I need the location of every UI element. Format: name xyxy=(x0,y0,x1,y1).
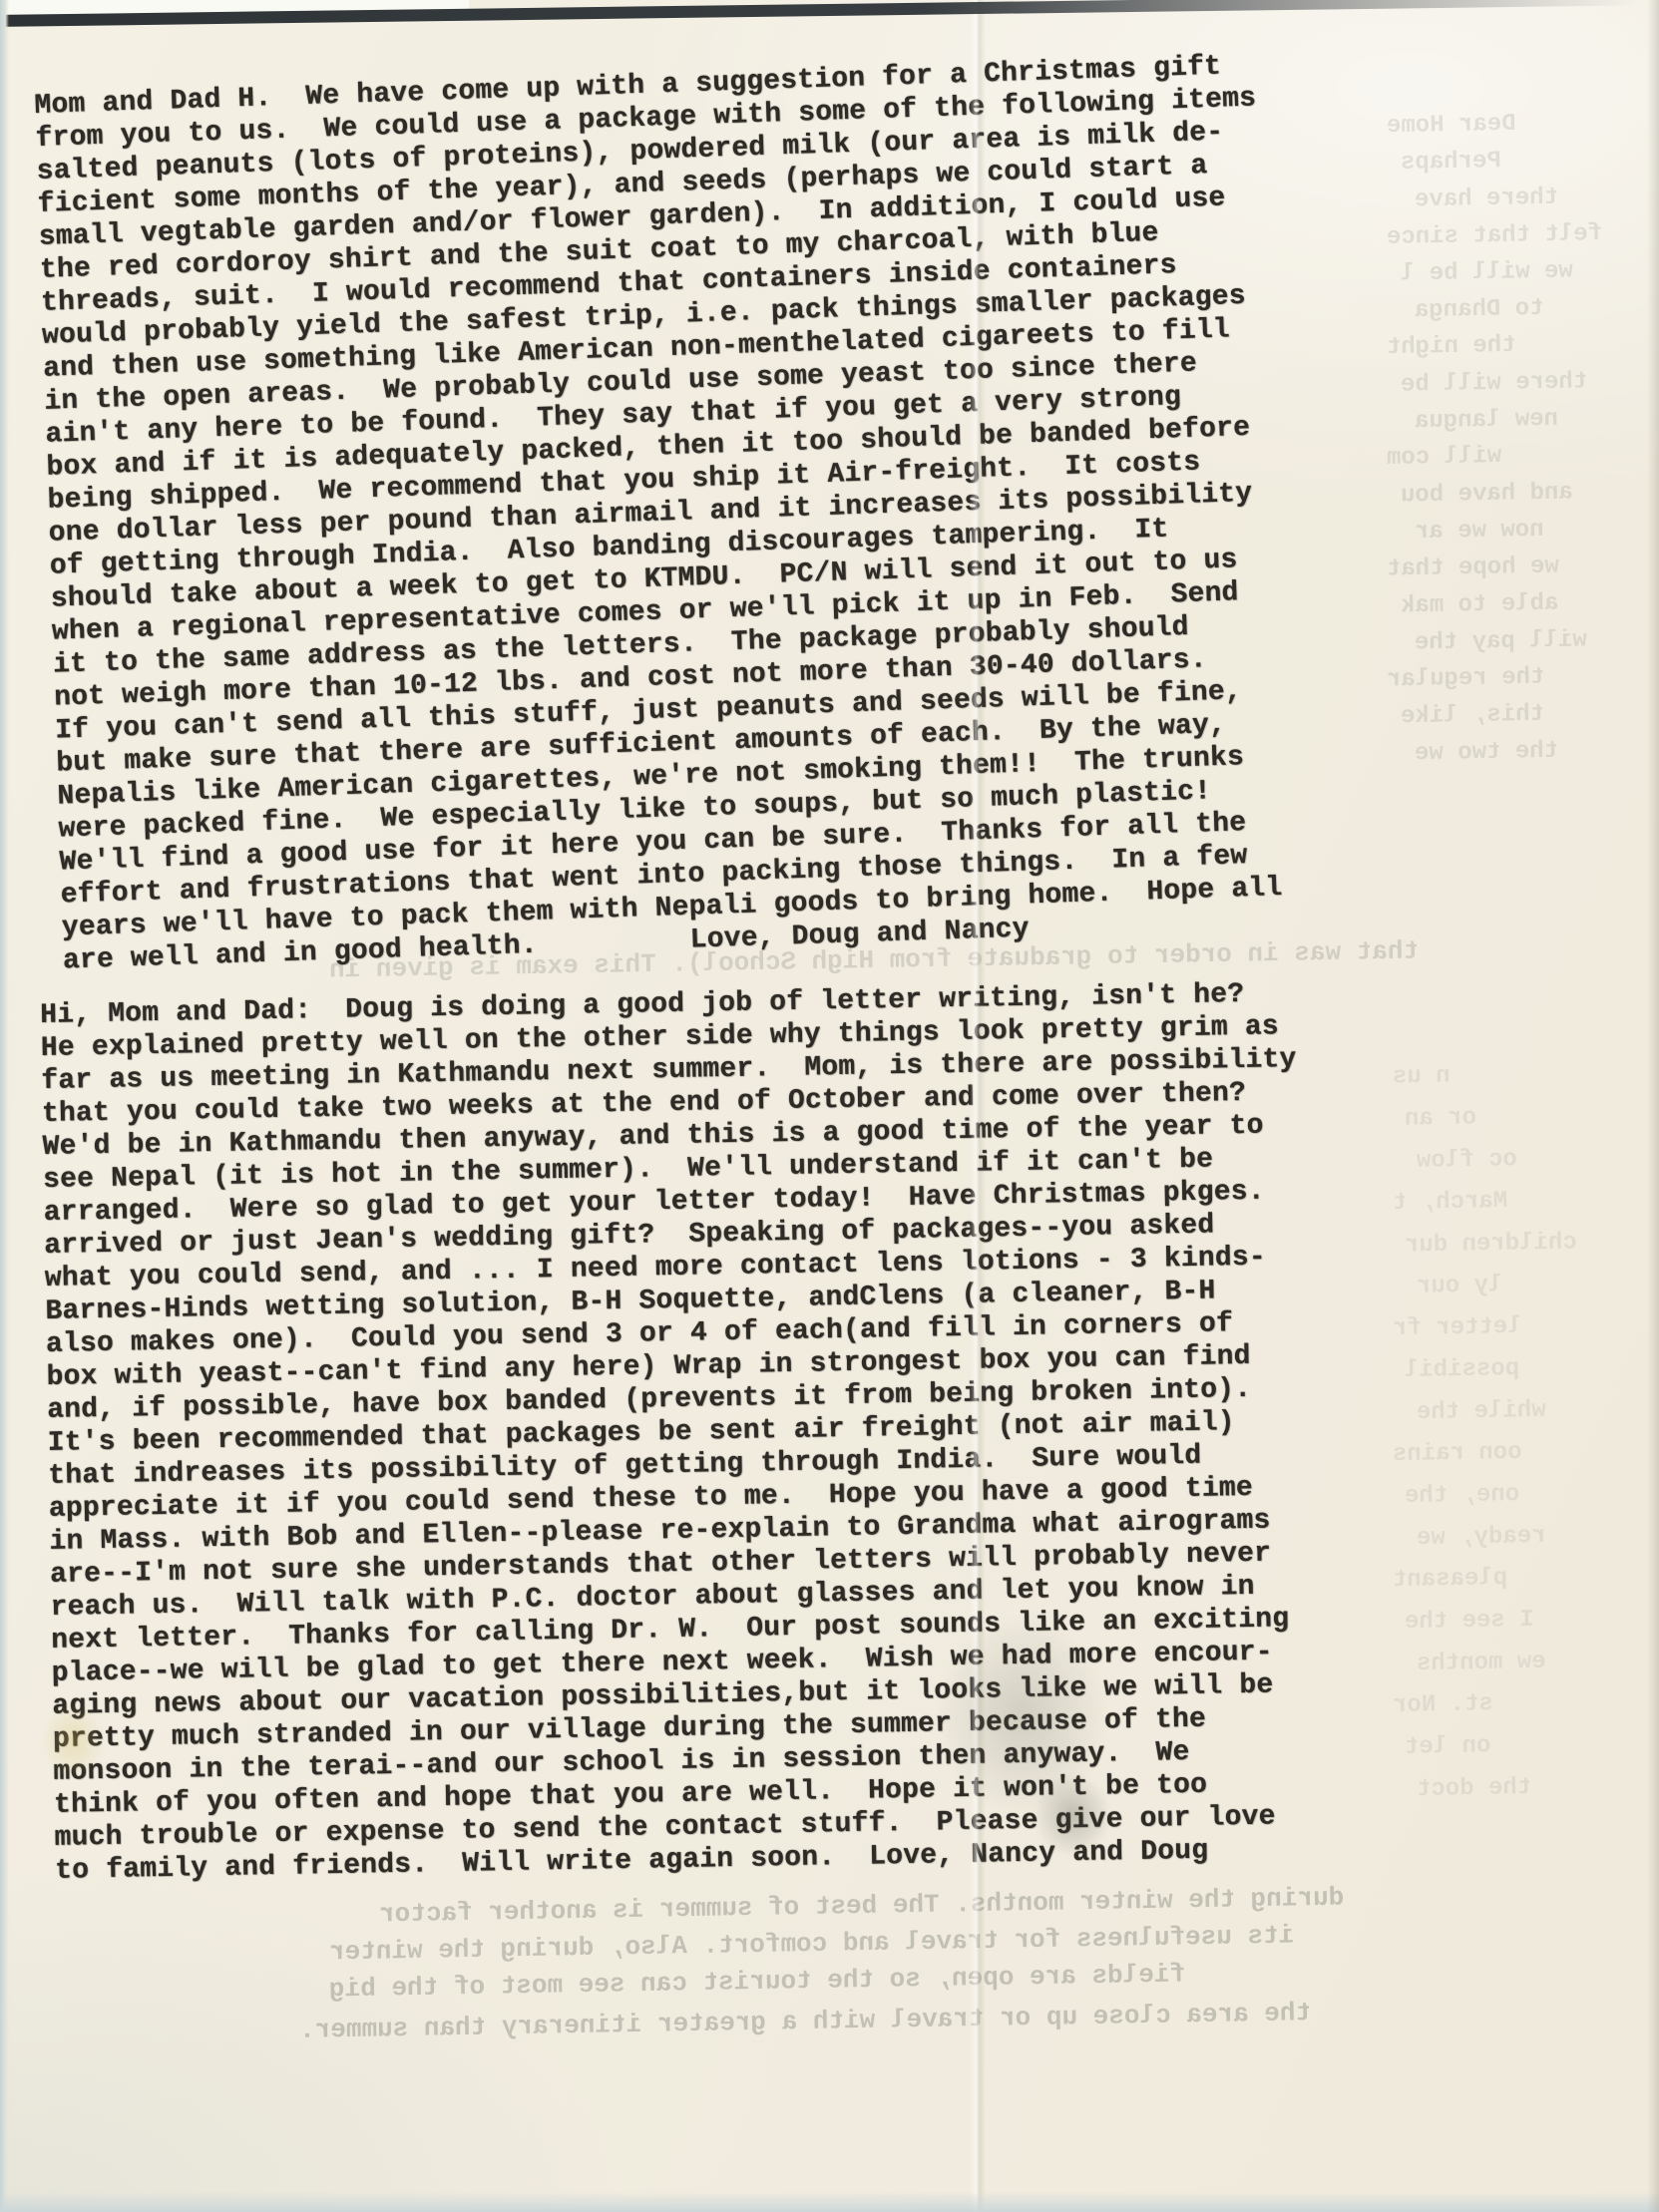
bleedthrough-fragment: will com xyxy=(1387,443,1502,472)
bleedthrough-fragment: to Dhanga xyxy=(1415,295,1544,324)
bleedthrough-fragment: while the xyxy=(1417,1397,1546,1426)
bleedthrough-fragment: I see the xyxy=(1405,1607,1534,1636)
bleedthrough-fragment: there will be xyxy=(1401,368,1588,398)
bleedthrough-fragment: n us xyxy=(1393,1062,1451,1090)
bleedthrough-fragment: new langua xyxy=(1415,406,1558,436)
bleedthrough-fragment: oon rains xyxy=(1393,1439,1522,1468)
bleedthrough-fragment: now we ar xyxy=(1415,517,1544,546)
bleedthrough-fragment: the two we xyxy=(1415,738,1558,768)
bleedthrough-fragment: children dur xyxy=(1405,1229,1577,1259)
bleedthrough-fragment: the night xyxy=(1387,332,1516,361)
bleedthrough-fragment: the regular xyxy=(1387,664,1545,694)
bleedthrough-fragment: ew months xyxy=(1417,1649,1546,1677)
bleedthrough-fragment: able to mak xyxy=(1401,590,1559,620)
bleedthrough-fragment: pleasant xyxy=(1393,1565,1508,1594)
bleedthrough-fragment: ly our xyxy=(1417,1272,1503,1300)
bleedthrough-fragment: st. Nor xyxy=(1393,1690,1493,1719)
bleedthrough-fragment: there have xyxy=(1415,184,1558,214)
bleedthrough-fragment: the doct xyxy=(1417,1774,1532,1803)
ink-smudge xyxy=(1018,1755,1127,1875)
bleedthrough-fragment: one, the xyxy=(1405,1481,1520,1510)
scan-edge-left xyxy=(0,0,9,2212)
bleedthrough-fragment: fields are open, so the tourist can see … xyxy=(329,1960,1186,2005)
bleedthrough-fragment: March, t xyxy=(1393,1188,1508,1217)
scan-edge-right xyxy=(1647,0,1659,2212)
bleedthrough-fragment: we hope that xyxy=(1387,553,1559,582)
bleedthrough-fragment: we will be l xyxy=(1401,257,1573,287)
paper-stain xyxy=(28,1685,118,1795)
fold-crease xyxy=(970,0,986,2212)
bleedthrough-fragment: ready, we xyxy=(1417,1523,1546,1552)
bleedthrough-fragment: or an xyxy=(1405,1104,1476,1132)
bleedthrough-fragment: this, like xyxy=(1401,701,1544,731)
letter-scan-page: Dear HomePerhapsthere havefelt that sinc… xyxy=(0,0,1659,2212)
scan-edge-bottom xyxy=(0,2192,1659,2212)
bleedthrough-fragment: letter fr xyxy=(1393,1313,1522,1342)
bleedthrough-fragment: and have bou xyxy=(1401,479,1573,509)
bleedthrough-fragment: Dear Home xyxy=(1387,111,1516,140)
doug-note: Mom and Dad H. We have come up with a su… xyxy=(34,49,1284,977)
bleedthrough-fragment: Perhaps xyxy=(1401,148,1501,177)
bleedthrough-fragment: felt that since xyxy=(1387,220,1602,251)
bleedthrough-fragment: possibil xyxy=(1405,1355,1520,1384)
bleedthrough-fragment: oc flow xyxy=(1417,1146,1517,1175)
bleedthrough-fragment: on let xyxy=(1405,1732,1491,1761)
bleedthrough-fragment: will pay the xyxy=(1415,626,1587,656)
bleedthrough-fragment: the area close up or travel with a great… xyxy=(299,1998,1312,2045)
